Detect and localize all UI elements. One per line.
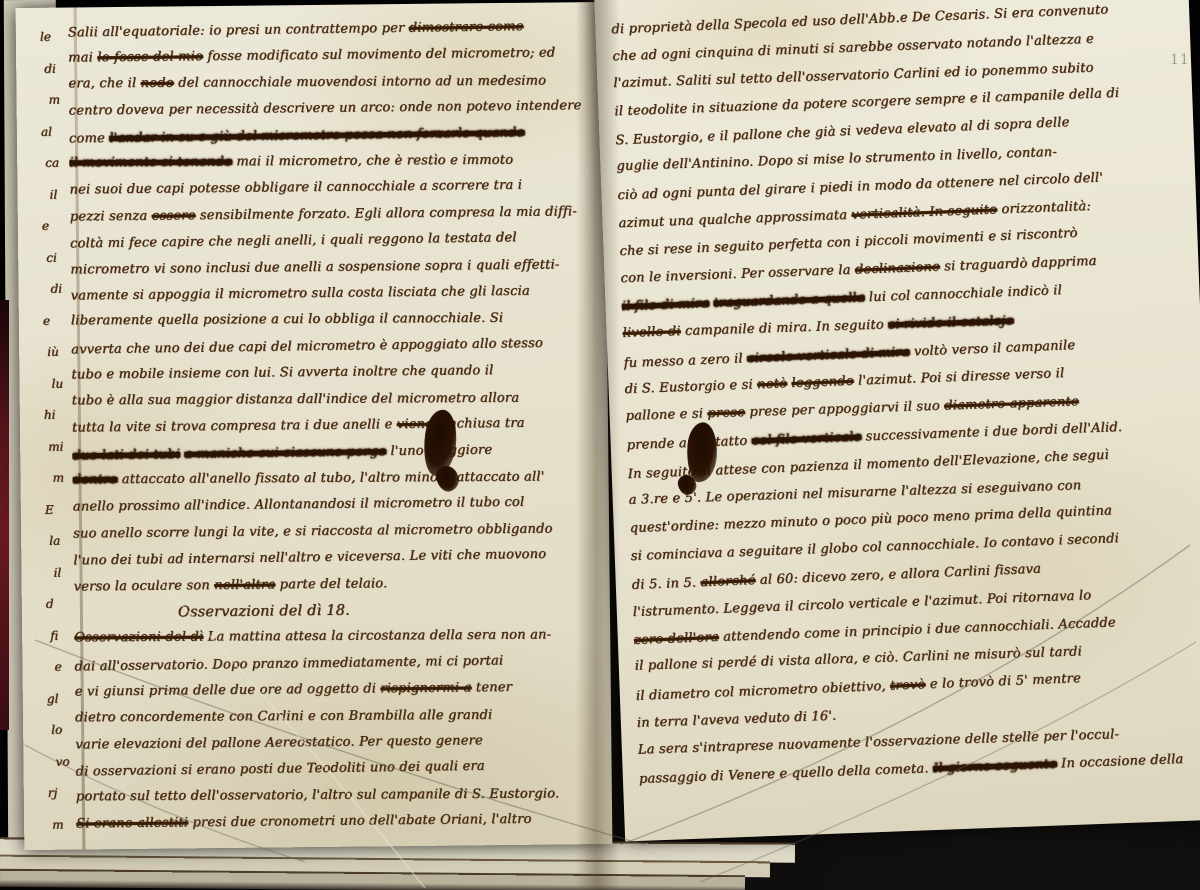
pages-layer: ledimalcailecidieiùluhimimElaildfiegllov… (0, 0, 1200, 890)
edge-letter-fragment: vo (55, 754, 69, 768)
struck-out-text: allorché (700, 573, 756, 590)
struck-out-text: lo fosse del mio (97, 50, 203, 66)
struck-out-text: il movimento si tenendo (69, 154, 232, 170)
edge-letter-fragment: il (53, 565, 61, 579)
edge-letter-fragment: ca (45, 156, 59, 170)
edge-letter-fragment: e (54, 660, 61, 674)
handwritten-text: pezzi senza (70, 209, 152, 225)
handwritten-text: di 5. in 5. (632, 575, 701, 593)
handwritten-text: il diametro col micrometro obiettivo, (636, 679, 891, 704)
handwritten-text: anello prossimo all'indice. Allontanando… (73, 495, 525, 515)
struck-out-text: due lati dei tubi (72, 446, 180, 463)
handwritten-text: come (69, 131, 109, 147)
left-page-text: Salii all'equatoriale: io presi un contr… (68, 14, 607, 842)
struck-out-text: notò (757, 377, 788, 393)
handwritten-text: pallone e si (625, 406, 707, 424)
handwritten-text: del cannocchiale muovendosi intorno ad u… (174, 73, 546, 90)
edge-letter-fragment: e (42, 219, 49, 233)
handwritten-text: verso la oculare son (74, 578, 215, 594)
edge-letter-fragment: la (49, 534, 60, 548)
edge-letter-fragment: m (52, 817, 64, 831)
handwritten-text: liberamente quella posizione a cui lo ob… (71, 311, 503, 329)
edge-letter-fragment: m (52, 471, 64, 485)
struck-out-text: Si erano allestiti (76, 816, 188, 832)
struck-out-text: circolo verticale di mira (747, 344, 910, 366)
handwritten-text: fosse modificato sul movimento del micro… (203, 46, 555, 65)
handwritten-text: centro doveva per necessità descrivere u… (69, 98, 582, 118)
edge-letter-fragment: E (45, 502, 54, 516)
handwritten-text: attaccato all'anello fissato al tubo, l'… (117, 469, 544, 487)
handwritten-text: l'azimut. Poi si diresse verso il (854, 366, 1065, 389)
handwritten-text: mai (68, 51, 97, 66)
struck-out-text: diametro apparente (944, 394, 1079, 413)
edge-letter-fragment: e (43, 313, 50, 327)
handwritten-text: tubo è alla sua maggior distanza dall'in… (72, 390, 520, 408)
handwritten-text: campanile di mira. In seguito (680, 317, 888, 339)
edge-letter-fragment: m (48, 93, 60, 107)
struck-out-text: prese (707, 405, 745, 421)
handwritten-text: con le inversioni. Per osservare la (620, 263, 855, 287)
struck-out-text: dimostrare come (409, 19, 524, 36)
struck-out-text: il filo di mira (621, 296, 709, 314)
manuscript-line: portato sul tetto dell'osservatorio, l'a… (76, 781, 606, 811)
handwritten-text: micrometro vi sono inclusi due anelli a … (70, 257, 559, 277)
handwritten-text: e vi giunsi prima delle due ore ad ogget… (75, 681, 381, 699)
struck-out-text: l'andar in su e giù del micrometro possa… (109, 125, 524, 146)
struck-out-text: a maniche cui ciascuno porge (184, 444, 386, 462)
handwritten-text: successivamente i due bordi dell'Alid. (861, 420, 1122, 445)
struck-out-text: declinazione (855, 260, 941, 278)
handwritten-text: di osservazioni si erano posti due Teodo… (76, 759, 485, 780)
right-page-text: di proprietà della Specola ed uso dell'A… (611, 0, 1200, 827)
manuscript-line: tubo è alla sua maggior distanza dall'in… (72, 385, 602, 415)
edge-letter-fragment: ci (46, 250, 57, 264)
handwritten-text: La mattina attesa la circostanza della s… (203, 628, 551, 645)
handwritten-text: l'uno dei tubi ad internarsi nell'altro … (73, 547, 546, 569)
edge-letter-fragment: mi (48, 439, 63, 453)
struck-out-text: si rivide il catalejo (888, 313, 1014, 332)
struck-out-text: verticalità. In seguito (851, 202, 997, 222)
struck-out-text: essere (152, 208, 196, 223)
edge-letter-fragment: al (41, 124, 52, 138)
edge-letter-fragment: gl (47, 691, 59, 705)
handwritten-text: Osservazioni del dì 18. (178, 603, 350, 621)
edge-letter-fragment: lo (51, 723, 62, 737)
manuscript-line: era, che il nodo del cannocchiale muoven… (68, 68, 598, 98)
handwritten-text: In occasione della (1057, 751, 1184, 771)
handwritten-text: e lo trovò di 5' mentre (925, 671, 1081, 692)
edge-letter-fragment: rj (48, 786, 58, 800)
struck-out-text: Il giorno seguente (933, 756, 1057, 776)
manuscript-line: dietro concordemente con Carlini e con B… (75, 702, 605, 732)
handwritten-text: portato sul tetto dell'osservatorio, l'a… (76, 786, 560, 804)
manuscript-line: il movimento si tenendo mai il micrometr… (69, 147, 599, 177)
handwritten-text: voltò verso il campanile (909, 338, 1075, 360)
handwritten-text: azimut una qualche approssimata (618, 207, 851, 231)
struck-out-text: nodo (141, 76, 174, 91)
folio-number: 11 (1170, 52, 1190, 68)
edge-letter-fragment: hi (44, 408, 56, 422)
manuscript-line: Si erano allestiti presi due cronometri … (76, 806, 606, 838)
handwritten-text: vamente si appoggia il micrometro sulla … (71, 284, 530, 304)
handwritten-text: lui col cannocchiale indicò il (864, 283, 1062, 305)
edge-letter-fragment: il (49, 187, 57, 201)
struck-out-text: dentro (73, 472, 118, 487)
handwritten-text: parte del telaio. (275, 576, 387, 592)
handwritten-text: avverta che uno dei due capi del microme… (71, 336, 543, 358)
edge-letter-fragment: di (44, 61, 56, 75)
struck-out-text: traguardando a quella (713, 290, 865, 311)
handwritten-text: suo anello scorre lungi la vite, e si ri… (73, 521, 553, 541)
handwritten-text: nei suoi due capi potesse obbligare il c… (69, 178, 522, 198)
manuscript-right-page: di proprietà della Specola ed uso dell'A… (594, 0, 1200, 841)
handwritten-text: varie elevazioni del pallone Aereostatic… (75, 733, 483, 752)
handwritten-text: in terra l'aveva veduto di 16'. (637, 709, 837, 731)
handwritten-text: sensibilmente forzato. Egli allora compr… (195, 204, 577, 223)
manuscript-scan: ledimalcailecidieiùluhimimElaildfiegllov… (0, 0, 1200, 890)
struck-out-text: trovò (890, 677, 926, 693)
struck-out-text: col filo verticale (751, 429, 861, 448)
manuscript-left-page: ledimalcailecidieiùluhimimElaildfiegllov… (16, 2, 613, 850)
handwritten-text: era, che il (68, 76, 140, 91)
edge-letter-fragment: fi (50, 628, 58, 642)
handwritten-text: coltà mi fece capire che negli anelli, i… (70, 230, 517, 251)
handwritten-text: mai il micrometro, che è restìo e immoto (232, 153, 513, 170)
handwritten-text: fu messo a zero il (623, 351, 747, 371)
edge-letter-fragment: iù (47, 345, 59, 359)
edge-letter-fragment: di (50, 282, 62, 296)
edge-letter-fragment: lu (51, 376, 63, 390)
handwritten-text: dietro concordemente con Carlini e con B… (75, 707, 492, 725)
handwritten-text: dai all'osservatorio. Dopo pranzo immedi… (74, 653, 503, 674)
handwritten-text: tubo e mobile insieme con lui. Si avvert… (71, 363, 493, 382)
struck-out-text: nell'altra (214, 577, 275, 593)
handwritten-text: orizzontalità: (997, 199, 1091, 217)
struck-out-text: leggendo (791, 374, 854, 391)
handwritten-text: prese per appoggiarvi il suo (745, 399, 945, 420)
handwritten-text: Salii all'equatoriale: io presi un contr… (68, 21, 409, 41)
edge-letter-fragment: d (46, 597, 54, 611)
struck-out-text: Osservazioni del dì (74, 630, 203, 646)
struck-out-text: livello di (622, 324, 681, 341)
handwritten-text: di S. Eustorgio e si (624, 378, 757, 398)
handwritten-text: tener (471, 680, 512, 695)
handwritten-text: tutta la vite si trova compresa tra i du… (72, 417, 397, 435)
manuscript-line: dentro attaccato all'anello fissato al t… (72, 464, 602, 494)
handwritten-text: si traguardò dapprima (940, 254, 1097, 275)
handwritten-text: al 60: dicevo zero, e allora Carlini fis… (755, 562, 1041, 588)
struck-out-text: rispignermi a (380, 681, 471, 697)
edge-letter-fragment: le (40, 30, 51, 44)
struck-out-text: zero dell'ora (634, 629, 720, 647)
handwritten-text: passaggio di Venere e quello della comet… (639, 761, 934, 787)
handwritten-text: presi due cronometri uno dell'abate Oria… (188, 812, 532, 831)
